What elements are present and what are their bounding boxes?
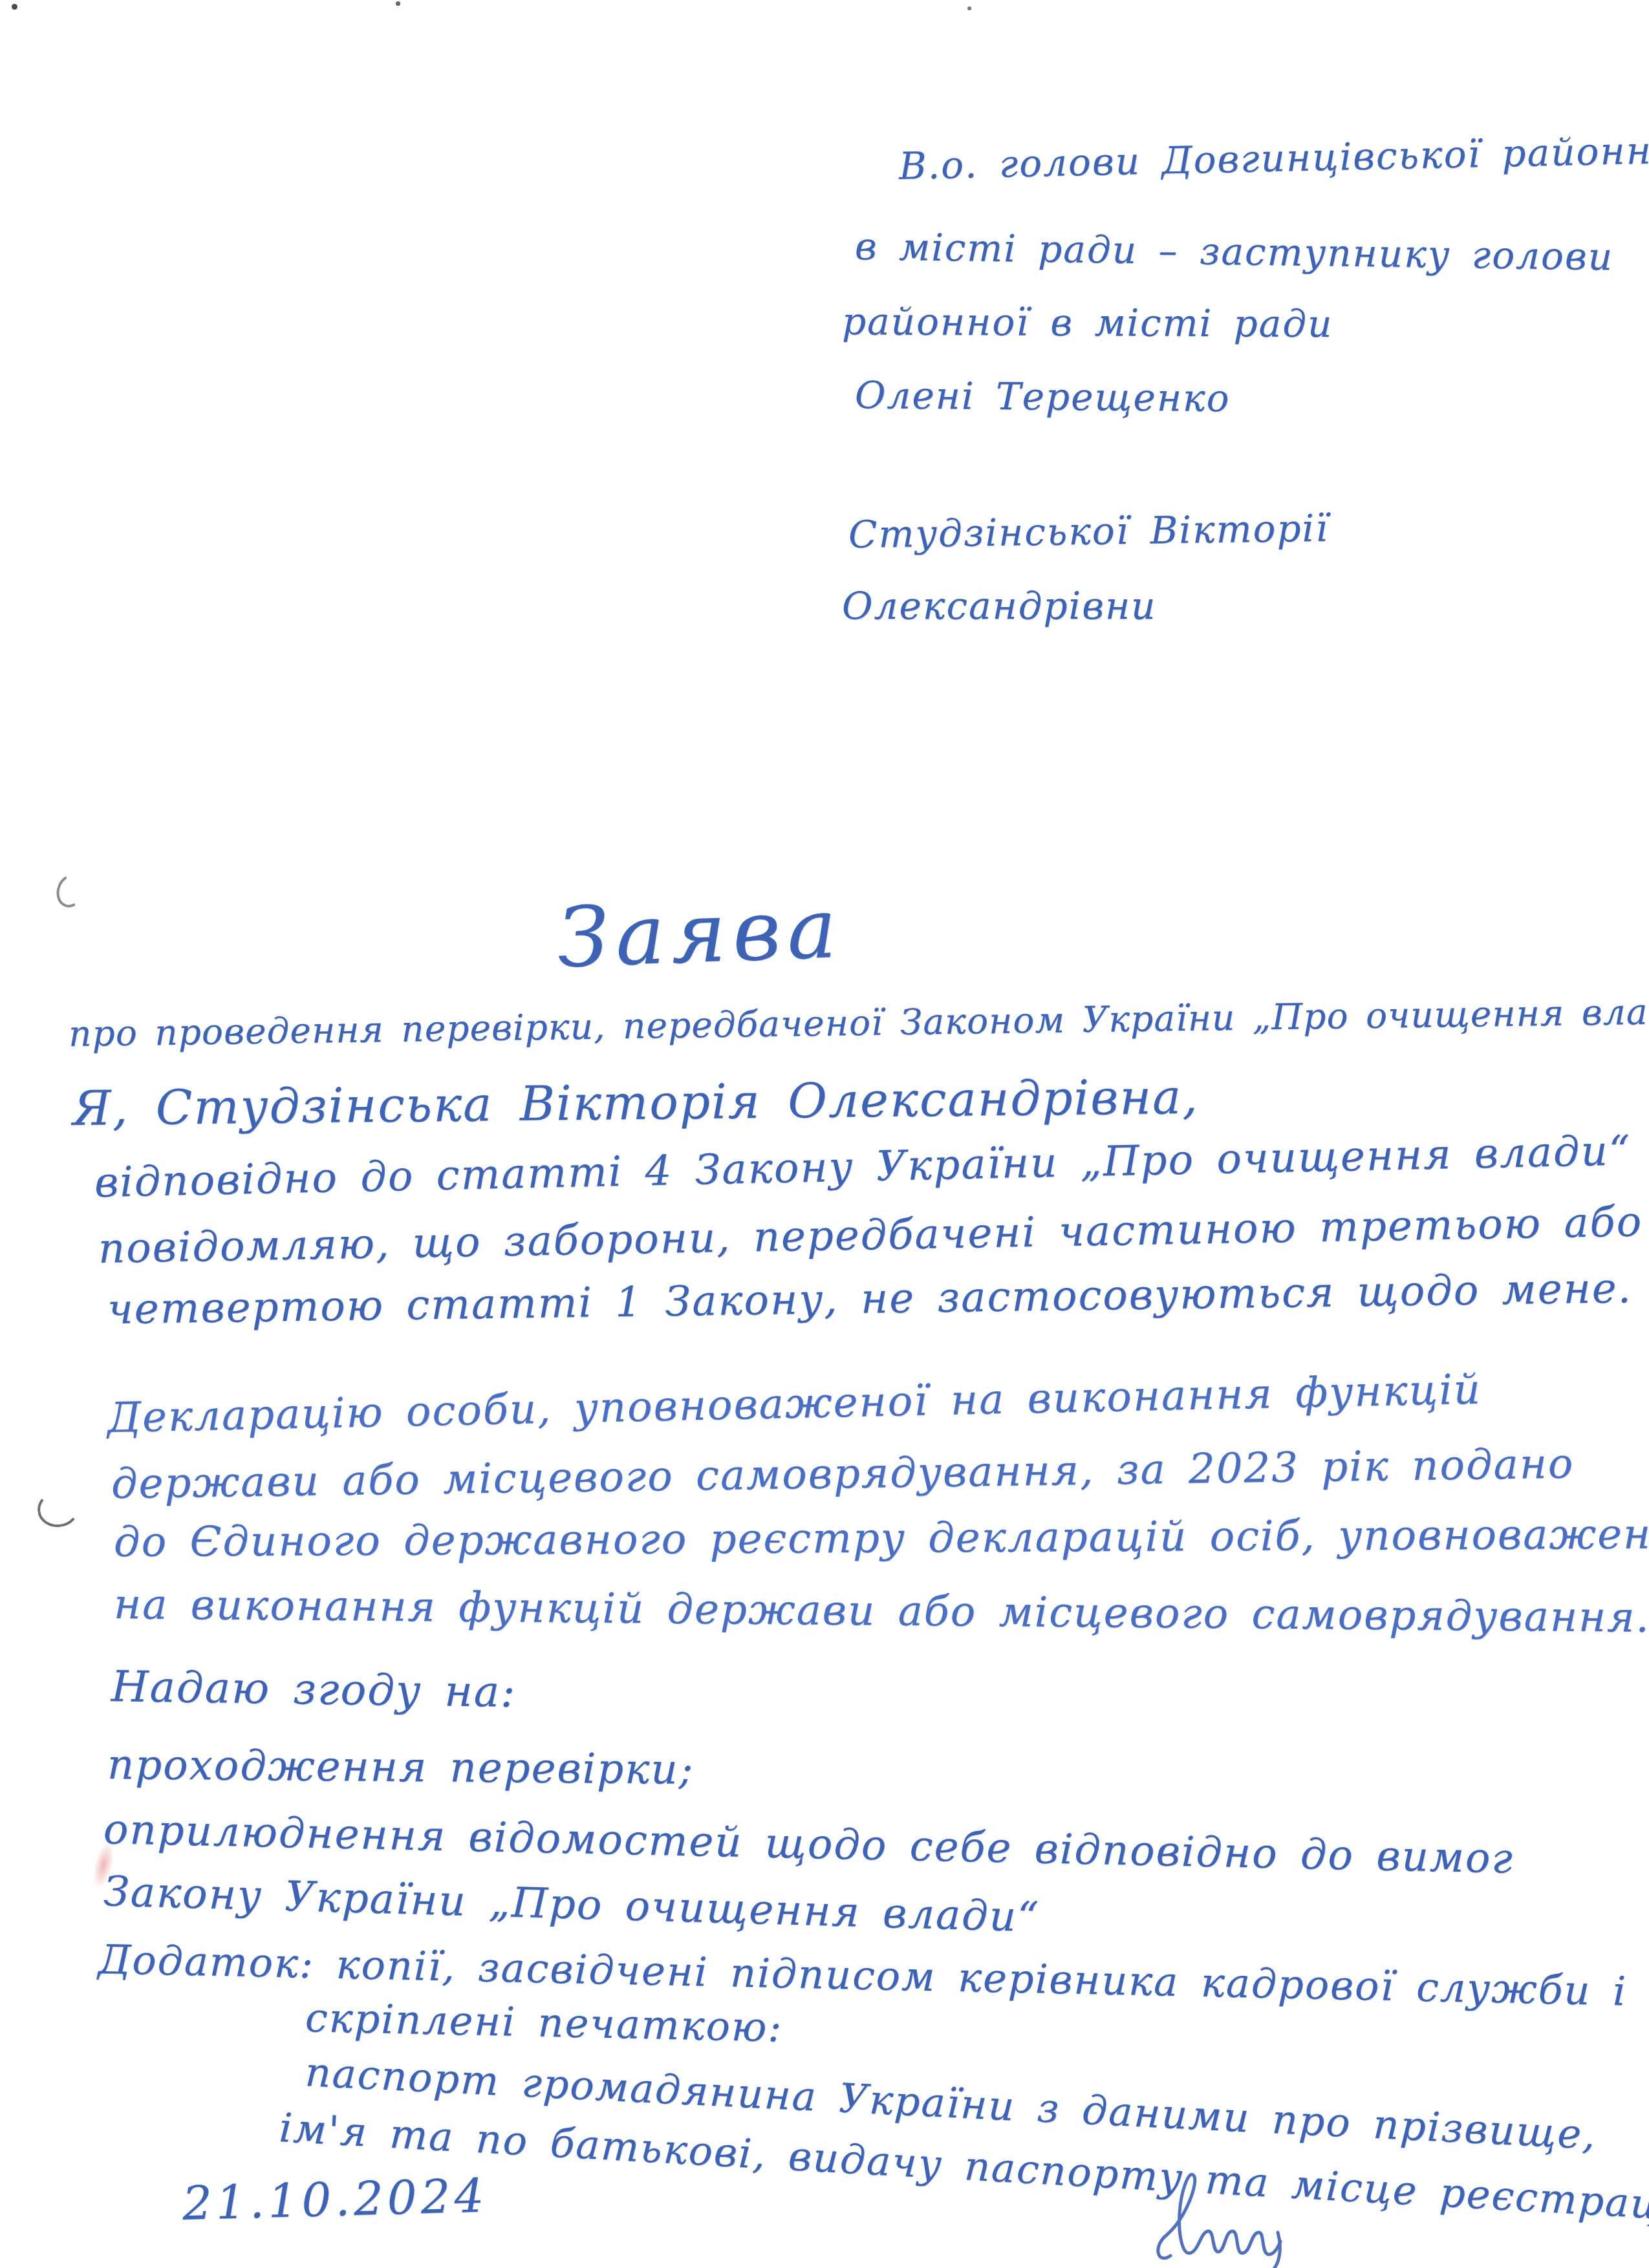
- addressee-line: В.о. голови Довгинцівської районної: [898, 131, 1649, 185]
- consent-item: оприлюднення відомостей щодо себе відпов…: [103, 1809, 1514, 1880]
- consent-item: проходження перевірки;: [107, 1744, 695, 1791]
- scan-artifact: [967, 6, 971, 10]
- paragraph-line: на виконання функцій держави або місцево…: [114, 1584, 1649, 1639]
- paragraph-line: Декларацію особи, уповноваженої на викон…: [107, 1369, 1482, 1439]
- document-title: Заява: [556, 888, 845, 980]
- paragraph-line: повідомляю, що заборони, передбачені час…: [98, 1201, 1643, 1270]
- paragraph-line: держави або місцевого самоврядування, за…: [111, 1443, 1575, 1505]
- document-subtitle: про проведення перевірки, передбаченої З…: [69, 993, 1649, 1052]
- paragraph-line: Я, Студзінська Вікторія Олександрівна,: [72, 1073, 1199, 1133]
- paragraph-line: відповідно до статті 4 Закону України „П…: [94, 1130, 1632, 1204]
- scanned-page: В.о. голови Довгинцівської районної в мі…: [0, 0, 1649, 2268]
- applicant-line: Олександрівни: [842, 587, 1156, 625]
- scan-artifact: [12, 4, 17, 10]
- attachment-line: скріплені печаткою:: [305, 1998, 783, 2048]
- paragraph-line: четвертою статті 1 Закону, не застосовую…: [107, 1268, 1633, 1331]
- consent-item: Закону України „Про очищення влади“: [103, 1871, 1040, 1938]
- date: 21.10.2024: [182, 2172, 488, 2227]
- addressee-line: в місті ради – заступнику голови: [855, 228, 1614, 275]
- scan-artifact: [396, 1, 400, 6]
- addressee-line: районної в місті ради: [842, 303, 1333, 343]
- scan-artifact: [52, 871, 89, 911]
- applicant-line: Студзінської Вікторії: [848, 509, 1329, 553]
- consent-intro: Надаю згоду на:: [111, 1665, 517, 1714]
- signature: [1151, 2169, 1306, 2268]
- addressee-line: Олені Терещенко: [855, 376, 1231, 417]
- scan-artifact: [35, 1488, 81, 1530]
- paragraph-line: до Єдиного державного реєстру декларацій…: [114, 1514, 1649, 1563]
